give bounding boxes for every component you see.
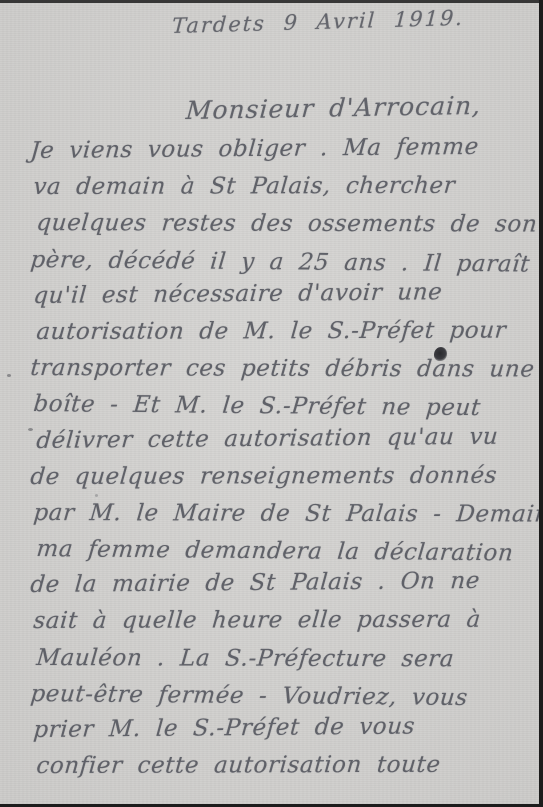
- letter-line: délivrer cette autorisation qu'au vu: [35, 423, 543, 464]
- letter-line: Je viens vous obliger . Ma femme: [29, 133, 542, 174]
- letter-salutation: Monsieur d'Arrocain,: [185, 91, 482, 125]
- letter-line: confier cette autorisation toute: [34, 752, 543, 790]
- letter-line: va demain à St Palais, chercher: [31, 173, 543, 211]
- letter-body: Je viens vous obliger . Ma femmeva demai…: [30, 138, 540, 789]
- letter-line: sait à quelle heure elle passera à: [31, 607, 543, 645]
- letter-line: de la mairie de St Palais . On ne: [29, 568, 542, 609]
- letter-line: quelques restes des ossements de son: [34, 210, 543, 248]
- scan-edge-top: [0, 0, 543, 3]
- letter-line: par M. le Maire de St Palais - Demain: [31, 500, 543, 538]
- paper-speck: [28, 428, 33, 431]
- letter-line: transporter ces petits débris dans une: [28, 355, 541, 393]
- ink-blot-stain: [434, 347, 447, 361]
- letter-line: qu'il est nécessaire d'avoir une: [32, 278, 543, 319]
- paper-speck: [7, 374, 11, 377]
- letter-line: de quelques renseignements donnés: [28, 462, 541, 500]
- letter-dateline: Tardets 9 Avril 1919.: [171, 6, 465, 38]
- paper-speck: [95, 494, 98, 497]
- letter-line: Mauléon . La S.-Préfecture sera: [34, 645, 543, 683]
- letter-line: autorisation de M. le S.-Préfet pour: [34, 317, 543, 355]
- letter-line: prier M. le S.-Préfet de vous: [32, 712, 543, 753]
- scanned-letter-page: Tardets 9 Avril 1919. Monsieur d'Arrocai…: [0, 0, 543, 807]
- scan-edge-right: [539, 0, 543, 807]
